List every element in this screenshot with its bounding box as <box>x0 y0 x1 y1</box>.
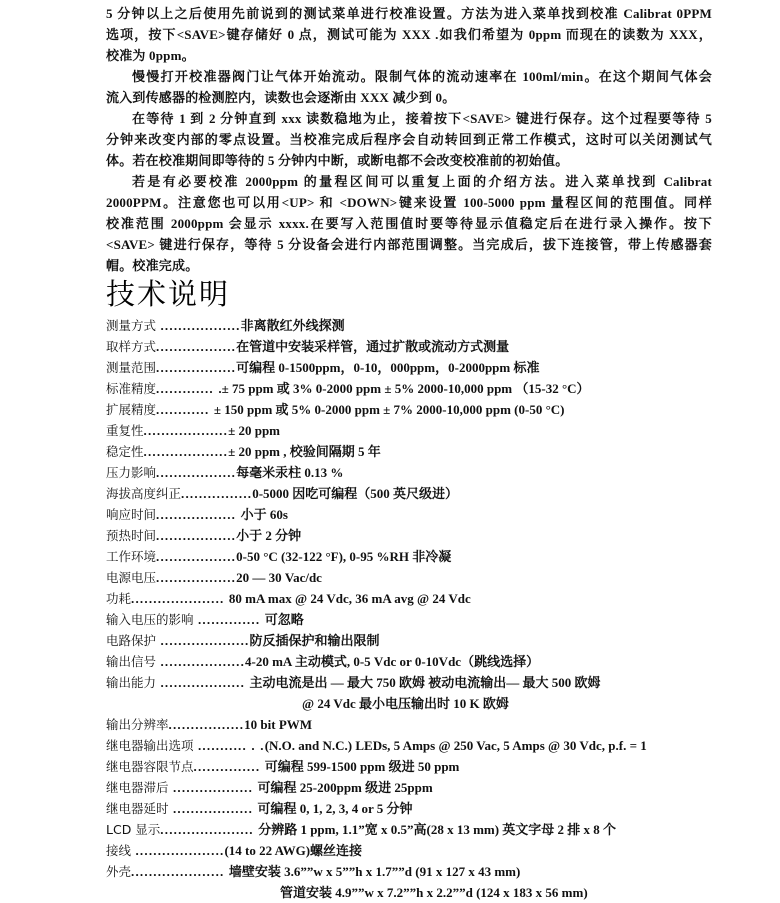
spec-value: 主动电流是出 — 最大 750 欧姆 被动电流输出— 最大 500 欧姆 <box>249 675 600 690</box>
spec-row: 继电器容限节点............... 可编程 599-1500 ppm … <box>106 759 459 775</box>
spec-label: 测量范围 <box>106 360 156 375</box>
spec-row: 响应时间.................. 小于 60s <box>106 507 288 523</box>
spec-leader: .............. <box>194 612 265 627</box>
spec-value: .± 75 ppm 或 3% 0-2000 ppm ± 5% 2000-10,0… <box>218 381 589 396</box>
spec-row: 压力影响..................每毫米汞柱 0.13 % <box>106 465 343 481</box>
spec-label: 继电器滞后 <box>106 780 169 795</box>
spec-leader: .................. <box>169 780 258 795</box>
spec-leader: ................... <box>156 675 249 690</box>
spec-label: 海拔高度纠正 <box>106 486 181 501</box>
spec-value: 10 bit PWM <box>244 717 312 732</box>
spec-label: 继电器延时 <box>106 801 169 816</box>
spec-label: 外壳 <box>106 864 131 879</box>
spec-row: 外壳..................... 墙壁安装 3.6””w x 5”… <box>106 864 520 880</box>
spec-value: 可编程 25-200ppm 级进 25ppm <box>258 780 433 795</box>
spec-leader: .................. <box>156 528 236 543</box>
spec-row: 继电器滞后 .................. 可编程 25-200ppm 级… <box>106 780 433 796</box>
spec-value: ± 20 ppm <box>228 423 280 438</box>
spec-value: (14 to 22 AWG)螺丝连接 <box>224 843 362 858</box>
spec-leader: ............. <box>156 381 218 396</box>
spec-label: 输出信号 <box>106 654 156 669</box>
spec-row: 接线 ....................(14 to 22 AWG)螺丝连… <box>106 843 362 859</box>
spec-value: (N.O. and N.C.) LEDs, 5 Amps @ 250 Vac, … <box>265 738 647 753</box>
paragraph-line: <SAVE> 键进行保存，等待 5 分设备会进行内部范围调整。当完成后，拔下连接… <box>106 237 712 253</box>
paragraph-line: 5 分钟以上之后使用先前说到的测试菜单进行校准设置。方法为进入菜单找到校准 Ca… <box>106 6 712 22</box>
spec-leader: ................. <box>169 717 245 732</box>
spec-row: 重复性...................± 20 ppm <box>106 423 280 439</box>
spec-label: 压力影响 <box>106 465 156 480</box>
spec-value: 可编程 599-1500 ppm 级进 50 ppm <box>265 759 460 774</box>
spec-row: 电路保护 ....................防反插保护和输出限制 <box>106 633 379 649</box>
spec-row: 继电器输出选项 ........... . .(N.O. and N.C.) L… <box>106 738 647 754</box>
spec-leader: ..................... <box>160 822 258 837</box>
spec-label: 继电器输出选项 <box>106 738 194 753</box>
spec-row: 标准精度............. .± 75 ppm 或 3% 0-2000 … <box>106 381 590 397</box>
spec-row: 功耗..................... 80 mA max @ 24 V… <box>106 591 471 607</box>
spec-value: ± 20 ppm , 校验间隔期 5 年 <box>228 444 381 459</box>
spec-row: 测量方式 ..................非离散红外线探测 <box>106 318 345 334</box>
spec-leader: .................. <box>156 570 236 585</box>
spec-leader: ............ <box>156 402 214 417</box>
spec-row: 工作环境..................0-50 °C (32-122 °F… <box>106 549 451 565</box>
spec-label: 工作环境 <box>106 549 156 564</box>
spec-row: 稳定性...................± 20 ppm , 校验间隔期 5… <box>106 444 381 460</box>
spec-label: 输入电压的影响 <box>106 612 194 627</box>
spec-value: ± 150 ppm 或 5% 0-2000 ppm ± 7% 2000-10,0… <box>214 402 565 417</box>
spec-label: LCD 显示 <box>106 822 160 837</box>
paragraph-line: 流入到传感器的检测腔内，读数也会逐渐由 XXX 减少到 0。 <box>106 90 712 106</box>
spec-label: 测量方式 <box>106 318 156 333</box>
spec-value: 墙壁安装 3.6””w x 5””h x 1.7””d (91 x 127 x … <box>229 864 520 879</box>
spec-leader: .................. <box>156 465 236 480</box>
spec-value: 可编程 0-1500ppm，0-10，000ppm，0-2000ppm 标准 <box>236 360 539 375</box>
spec-leader: ..................... <box>131 864 229 879</box>
paragraph-line: 慢慢打开校准器阀门让气体开始流动。限制气体的流动速率在 100ml/min。在这… <box>132 69 712 85</box>
spec-leader: ................ <box>181 486 252 501</box>
spec-label: 电路保护 <box>106 633 156 648</box>
spec-row: 继电器延时 .................. 可编程 0, 1, 2, 3,… <box>106 801 413 817</box>
spec-row: 测量范围..................可编程 0-1500ppm，0-10… <box>106 360 539 376</box>
spec-row: 输入电压的影响 .............. 可忽略 <box>106 612 304 628</box>
paragraph-line: 校准为 0ppm。 <box>106 48 712 64</box>
spec-label: 重复性 <box>106 423 144 438</box>
spec-label: 电源电压 <box>106 570 156 585</box>
spec-leader: .................. <box>156 360 236 375</box>
paragraph-line: 在等待 1 到 2 分钟直到 xxx 读数稳地为止，接着按下<SAVE> 键进行… <box>132 111 712 127</box>
spec-row: 海拔高度纠正................0-5000 因吃可编程（500 英… <box>106 486 458 502</box>
spec-value: 20 — 30 Vac/dc <box>236 570 322 585</box>
spec-value: 每毫米汞柱 0.13 % <box>236 465 343 480</box>
spec-value: 4-20 mA 主动模式, 0-5 Vdc or 0-10Vdc（跳线选择） <box>245 654 539 669</box>
spec-label: 稳定性 <box>106 444 144 459</box>
spec-row: 取样方式..................在管道中安装采样管，通过扩散或流动方… <box>106 339 509 355</box>
spec-value: 非离散红外线探测 <box>241 318 345 333</box>
spec-label: 功耗 <box>106 591 131 606</box>
spec-label: 输出能力 <box>106 675 156 690</box>
spec-leader: ............... <box>194 759 265 774</box>
paragraph-line: 选项，按下<SAVE>键存储好 0 点，测试可能为 XXX .如我们希望为 0p… <box>106 27 712 43</box>
spec-leader: ..................... <box>131 591 229 606</box>
spec-label: 继电器容限节点 <box>106 759 194 774</box>
spec-leader: .................. <box>156 318 241 333</box>
paragraph-line: 体。若在校准期间即等待的 5 分钟内中断，或断电都不会改变校准前的初始值。 <box>106 153 712 169</box>
spec-value: 小于 2 分钟 <box>236 528 301 543</box>
paragraph-line: 分钟来改变内部的零点设置。当校准完成后程序会自动转回到正常工作模式，这时可以关闭… <box>106 132 712 148</box>
spec-leader: .................... <box>156 633 249 648</box>
spec-value: 0-5000 因吃可编程（500 英尺级进） <box>252 486 458 501</box>
spec-label: 取样方式 <box>106 339 156 354</box>
spec-label: 接线 <box>106 843 131 858</box>
spec-row: 输出分辨率.................10 bit PWM <box>106 717 312 733</box>
spec-value: 在管道中安装采样管，通过扩散或流动方式测量 <box>236 339 509 354</box>
spec-row: 电源电压..................20 — 30 Vac/dc <box>106 570 322 586</box>
spec-value: 80 mA max @ 24 Vdc, 36 mA avg @ 24 Vdc <box>229 591 471 606</box>
spec-row: LCD 显示..................... 分辨路 1 ppm, 1… <box>106 822 616 838</box>
spec-row: 输出能力 ................... 主动电流是出 — 最大 750… <box>106 675 600 691</box>
spec-leader: ................... <box>144 423 229 438</box>
spec-leader: .................. <box>156 339 236 354</box>
spec-label: 扩展精度 <box>106 402 156 417</box>
spec-value-continuation: @ 24 Vdc 最小电压输出时 10 K 欧姆 <box>302 696 509 712</box>
section-heading: 技术说明 <box>106 276 230 312</box>
spec-label: 输出分辨率 <box>106 717 169 732</box>
spec-leader: ................... <box>156 654 245 669</box>
spec-value: 小于 60s <box>241 507 288 522</box>
spec-value: 可编程 0, 1, 2, 3, 4 or 5 分钟 <box>258 801 413 816</box>
spec-value: 0-50 °C (32-122 °F), 0-95 %RH 非冷凝 <box>236 549 451 564</box>
spec-value: 分辨路 1 ppm, 1.1”宽 x 0.5”高(28 x 13 mm) 英文字… <box>258 822 616 837</box>
document-page: 5 分钟以上之后使用先前说到的测试菜单进行校准设置。方法为进入菜单找到校准 Ca… <box>0 0 780 903</box>
spec-leader: ........... . . <box>194 738 265 753</box>
paragraph-line: 若是有必要校准 2000ppm 的量程区间可以重复上面的介绍方法。进入菜单找到 … <box>132 174 712 190</box>
spec-leader: .................. <box>156 507 241 522</box>
spec-label: 预热时间 <box>106 528 156 543</box>
spec-leader: .................. <box>156 549 236 564</box>
spec-leader: ................... <box>144 444 229 459</box>
spec-value: 防反插保护和输出限制 <box>249 633 379 648</box>
spec-value: 可忽略 <box>265 612 304 627</box>
spec-label: 响应时间 <box>106 507 156 522</box>
spec-leader: .................. <box>169 801 258 816</box>
spec-leader: .................... <box>131 843 224 858</box>
spec-row: 预热时间..................小于 2 分钟 <box>106 528 301 544</box>
spec-row: 扩展精度............ ± 150 ppm 或 5% 0-2000 p… <box>106 402 565 418</box>
spec-value-continuation: 管道安装 4.9””w x 7.2””h x 2.2””d (124 x 183… <box>280 885 588 901</box>
paragraph-line: 2000PPM。注意您也可以用<UP> 和 <DOWN>键来设置 100-500… <box>106 195 712 211</box>
paragraph-line: 帽。校准完成。 <box>106 258 712 274</box>
spec-row: 输出信号 ...................4-20 mA 主动模式, 0-… <box>106 654 539 670</box>
paragraph-line: 校准范围 2000ppm 会显示 xxxx.在要写入范围值时要等待显示值稳定后在… <box>106 216 712 232</box>
spec-label: 标准精度 <box>106 381 156 396</box>
